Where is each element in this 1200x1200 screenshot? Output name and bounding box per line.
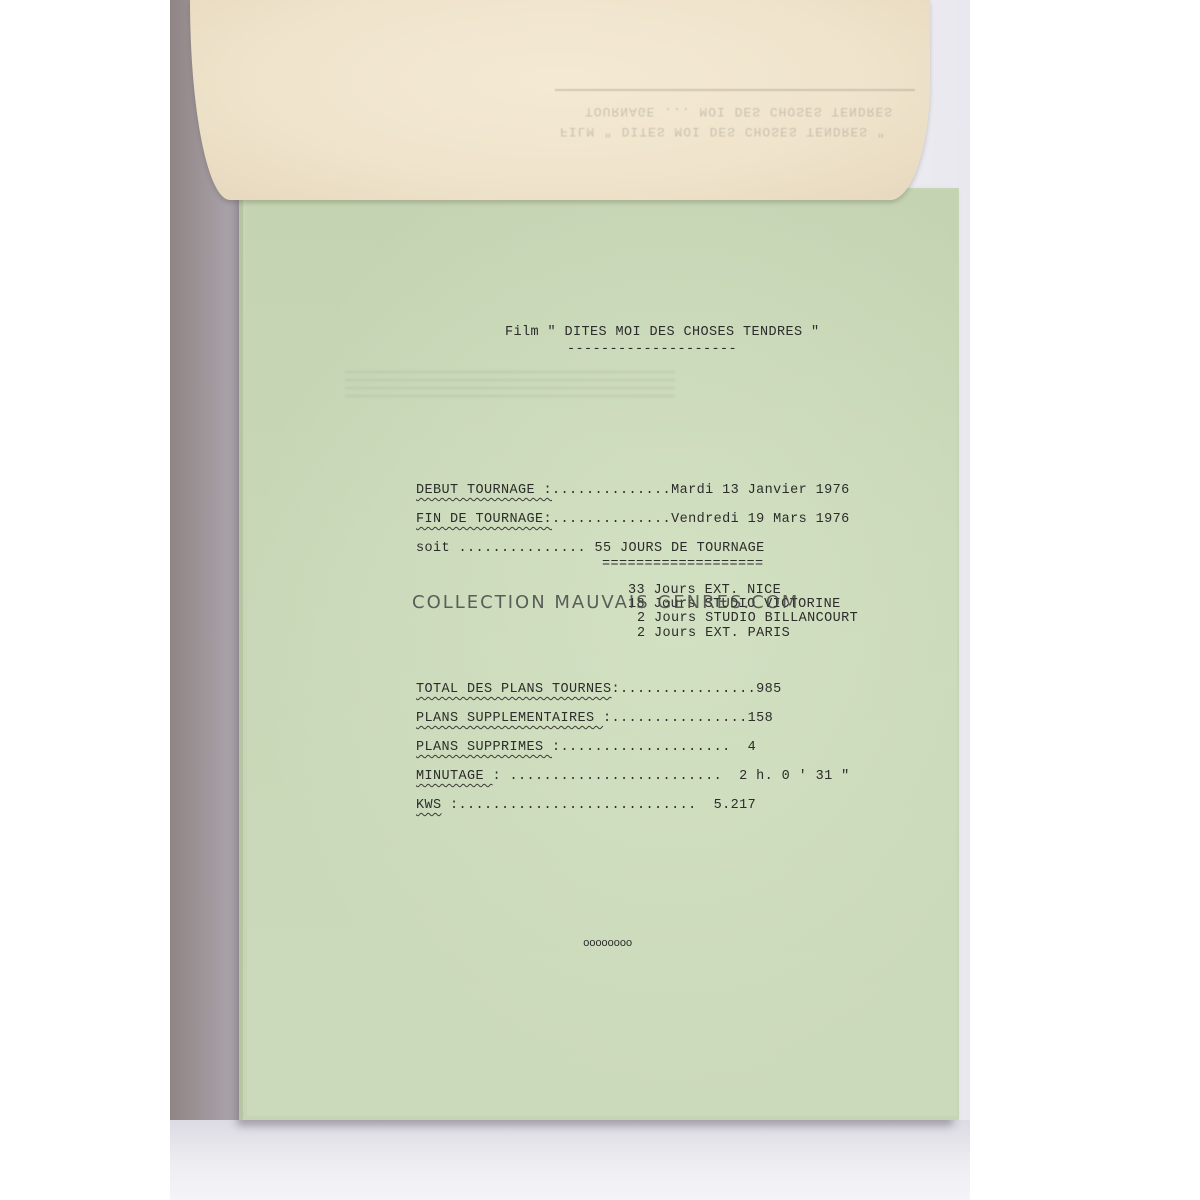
row-value: 55 JOURS DE TOURNAGE [595,541,765,556]
stat-sep: : [493,769,502,784]
bleed-through-rule [555,89,915,91]
row-soit: soit ............... 55 JOURS DE TOURNAG… [416,542,765,556]
stat-sep: : [603,711,612,726]
film-title-underline: -------------------- [567,343,737,357]
breakdown-unit: Jours [654,611,697,626]
breakdown-location: EXT. PARIS [705,626,790,641]
row-label: DEBUT TOURNAGE : [416,483,552,498]
stat-leader: ................ [620,682,756,697]
total-days-underline: =================== [602,558,764,572]
breakdown-days: 2 [637,611,646,626]
stat-total-plans: TOTAL DES PLANS TOURNES:................… [416,683,782,697]
stat-value: 158 [748,711,774,726]
stat-leader: ......................... [501,769,739,784]
bleed-through-text: FILM " DITES MOI DES CHOSES TENDRES " [560,124,960,139]
stat-label: MINUTAGE [416,769,493,784]
row-debut-tournage: DEBUT TOURNAGE :..............Mardi 13 J… [416,484,850,498]
table-surface-bottom [170,1120,970,1200]
row-value: Vendredi 19 Mars 1976 [671,512,850,527]
row-label: soit [416,541,450,556]
stat-sep: : [442,798,459,813]
row-leader: .............. [552,512,671,527]
stat-sep: : [552,740,561,755]
stat-leader: .................... [561,740,748,755]
row-fin-tournage: FIN DE TOURNAGE:..............Vendredi 1… [416,513,850,527]
stat-kws: KWS :............................ 5.217 [416,799,756,813]
stat-label: PLANS SUPPRIMES [416,740,552,755]
folded-title-page: TOURNAGE ... MOI DES CHOSES TENDRES FILM… [190,0,930,200]
row-leader: .............. [552,483,671,498]
breakdown-unit: Jours [654,626,697,641]
row-label: FIN DE TOURNAGE: [416,512,552,527]
stat-value: 5.217 [714,798,757,813]
bleed-through-text: TOURNAGE ... MOI DES CHOSES TENDRES [585,104,985,119]
bleed-through-block [345,365,675,401]
row-leader: ............... [450,541,595,556]
stat-value: 4 [748,740,757,755]
stat-value: 985 [756,682,782,697]
breakdown-location: STUDIO BILLANCOURT [705,611,858,626]
stat-plans-supplementaires: PLANS SUPPLEMENTAIRES :................1… [416,712,773,726]
stat-label: PLANS SUPPLEMENTAIRES [416,711,603,726]
stat-sep: : [612,682,621,697]
stat-minutage: MINUTAGE : ......................... 2 h… [416,770,850,784]
end-mark: oooooooo [583,939,632,950]
stat-plans-supprimes: PLANS SUPPRIMES :.................... 4 [416,741,756,755]
breakdown-days: 2 [637,626,646,641]
breakdown-item: 2 Jours STUDIO BILLANCOURT [637,612,858,626]
stat-leader: ................ [612,711,748,726]
stat-label: KWS [416,798,442,813]
film-title: Film " DITES MOI DES CHOSES TENDRES " [505,326,820,340]
watermark: COLLECTION MAUVAIS GENRES.COM [412,592,799,613]
stat-leader: ............................ [459,798,714,813]
row-value: Mardi 13 Janvier 1976 [671,483,850,498]
breakdown-item: 2 Jours EXT. PARIS [637,627,790,641]
stat-value: 2 h. 0 ' 31 " [739,769,850,784]
stat-label: TOTAL DES PLANS TOURNES [416,682,612,697]
